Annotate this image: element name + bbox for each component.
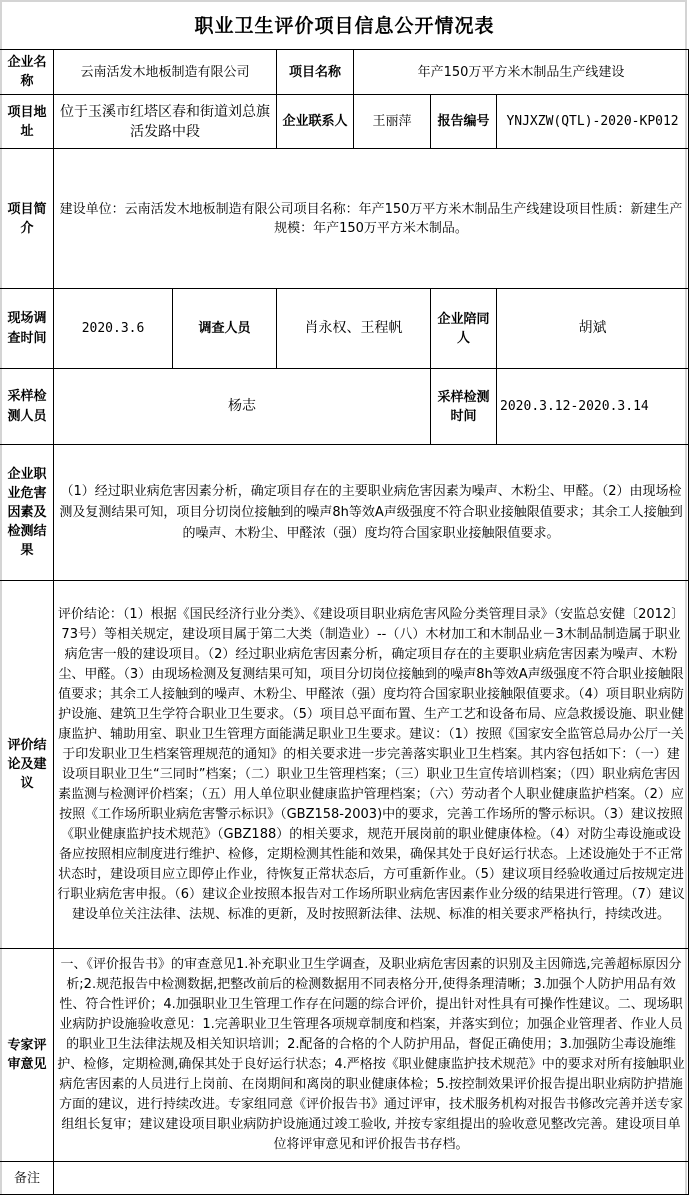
row-expert-review: 专家评审意见 一、《评价报告书》的审查意见1.补充职业卫生学调查，及职业病危害因… [1,949,689,1162]
company-name-value: 云南活发木地板制造有限公司 [54,50,277,95]
hazards-value: （1）经过职业病危害因素分析，确定项目存在的主要职业病危害因素为噪声、木粉尘、甲… [54,445,689,581]
expert-review-value: 一、《评价报告书》的审查意见1.补充职业卫生学调查，及职业病危害因素的识别及主因… [54,949,689,1162]
row-survey: 现场调查时间 2020.3.6 调查人员 肖永权、王程帆 企业陪同人 胡斌 [1,289,689,369]
survey-time-value: 2020.3.6 [54,289,173,369]
company-name-label: 企业名称 [1,50,54,95]
conclusion-label: 评价结论及建议 [1,581,54,949]
project-address-value: 位于玉溪市红塔区春和街道刘总旗活发路中段 [54,95,277,149]
row-project-intro: 项目简介 建设单位：云南活发木地板制造有限公司项目名称：年产150万平方米木制品… [1,149,689,289]
project-name-label: 项目名称 [277,50,354,95]
sampling-staff-label: 采样检测人员 [1,369,54,445]
row-conclusion: 评价结论及建议 评价结论：（1）根据《国民经济行业分类》、《建设项目职业病危害风… [1,581,689,949]
row-company: 企业名称 云南活发木地板制造有限公司 项目名称 年产150万平方米木制品生产线建… [1,50,689,95]
expert-review-label: 专家评审意见 [1,949,54,1162]
company-contact-label: 企业联系人 [277,95,354,149]
investigators-value: 肖永权、王程帆 [277,289,431,369]
remarks-label: 备注 [1,1162,54,1195]
company-escort-value: 胡斌 [497,289,689,369]
row-hazards: 企业职业危害因素及检测结果 （1）经过职业病危害因素分析，确定项目存在的主要职业… [1,445,689,581]
remarks-value [54,1162,689,1195]
sampling-time-label: 采样检测时间 [431,369,497,445]
report-number-value: YNJXZW(QTL)-2020-KP012 [497,95,689,149]
report-number-label: 报告编号 [431,95,497,149]
page-title: 职业卫生评价项目信息公开情况表 [0,0,689,49]
row-address: 项目地址 位于玉溪市红塔区春和街道刘总旗活发路中段 企业联系人 王丽萍 报告编号… [1,95,689,149]
company-contact-value: 王丽萍 [354,95,431,149]
row-sampling: 采样检测人员 杨志 采样检测时间 2020.3.12-2020.3.14 [1,369,689,445]
project-intro-value: 建设单位：云南活发木地板制造有限公司项目名称：年产150万平方米木制品生产线建设… [54,149,689,289]
company-escort-label: 企业陪同人 [431,289,497,369]
conclusion-value: 评价结论：（1）根据《国民经济行业分类》、《建设项目职业病危害风险分类管理目录》… [54,581,689,949]
row-remarks: 备注 [1,1162,689,1195]
investigators-label: 调查人员 [173,289,277,369]
project-address-label: 项目地址 [1,95,54,149]
sampling-time-value: 2020.3.12-2020.3.14 [497,369,689,445]
info-table: 企业名称 云南活发木地板制造有限公司 项目名称 年产150万平方米木制品生产线建… [0,49,689,1195]
survey-time-label: 现场调查时间 [1,289,54,369]
hazards-label: 企业职业危害因素及检测结果 [1,445,54,581]
project-name-value: 年产150万平方米木制品生产线建设 [354,50,689,95]
project-intro-label: 项目简介 [1,149,54,289]
sampling-staff-value: 杨志 [54,369,431,445]
